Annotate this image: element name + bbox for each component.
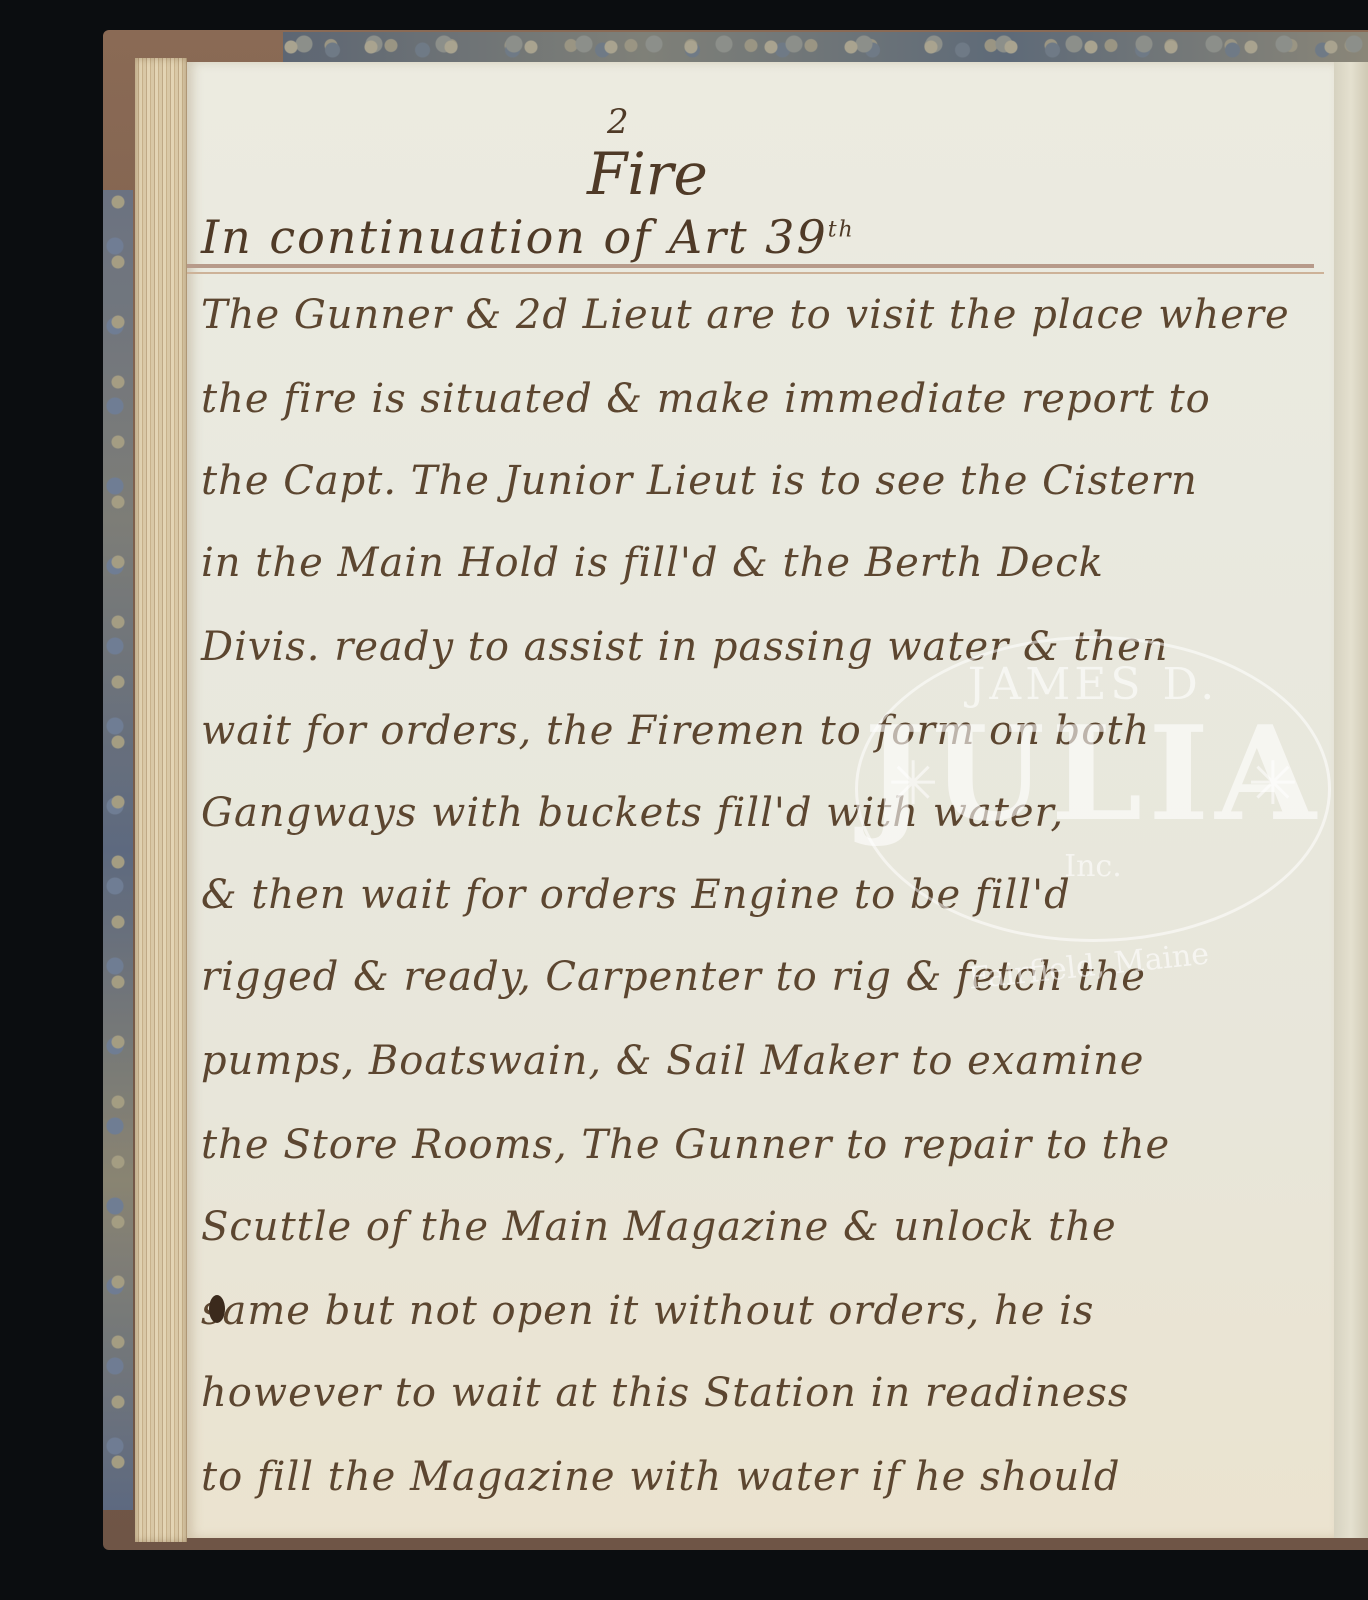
facing-page-edge xyxy=(1334,62,1368,1538)
manuscript-line: the Capt. The Junior Lieut is to see the… xyxy=(201,458,1304,504)
manuscript-line: Scuttle of the Main Magazine & unlock th… xyxy=(201,1204,1304,1250)
manuscript-line: Gangways with buckets fill'd with water, xyxy=(201,790,1304,836)
manuscript-page: 2 Fire In continuation of Art 39th The G… xyxy=(187,62,1334,1538)
manuscript-line: rigged & ready, Carpenter to rig & fetch… xyxy=(201,954,1304,1000)
heading-rule xyxy=(187,264,1314,268)
page-subtitle: In continuation of Art 39th xyxy=(201,210,855,264)
manuscript-line: the fire is situated & make immediate re… xyxy=(201,376,1304,422)
manuscript-line: same but not open it without orders, he … xyxy=(201,1288,1304,1334)
manuscript-line: in the Main Hold is fill'd & the Berth D… xyxy=(201,540,1304,586)
marbled-cover-top xyxy=(283,32,1368,62)
manuscript-line: wait for orders, the Firemen to form on … xyxy=(201,708,1304,754)
page-mark: 2 xyxy=(607,102,629,142)
heading-rule-secondary xyxy=(187,272,1324,274)
manuscript-line: pumps, Boatswain, & Sail Maker to examin… xyxy=(201,1038,1304,1084)
page-title: Fire xyxy=(587,140,708,208)
manuscript-line: & then wait for orders Engine to be fill… xyxy=(201,872,1304,918)
marbled-cover-left xyxy=(103,190,133,1510)
manuscript-line: The Gunner & 2d Lieut are to visit the p… xyxy=(201,292,1304,338)
ink-blot xyxy=(209,1295,225,1323)
page-edges xyxy=(135,58,187,1542)
subtitle-superscript: th xyxy=(828,218,855,243)
manuscript-line: however to wait at this Station in readi… xyxy=(201,1370,1304,1416)
book: 2 Fire In continuation of Art 39th The G… xyxy=(103,30,1368,1550)
manuscript-line: to fill the Magazine with water if he sh… xyxy=(201,1454,1304,1500)
manuscript-line: Divis. ready to assist in passing water … xyxy=(201,624,1304,670)
manuscript-line: the Store Rooms, The Gunner to repair to… xyxy=(201,1122,1304,1168)
subtitle-text: In continuation of Art 39 xyxy=(201,210,828,264)
